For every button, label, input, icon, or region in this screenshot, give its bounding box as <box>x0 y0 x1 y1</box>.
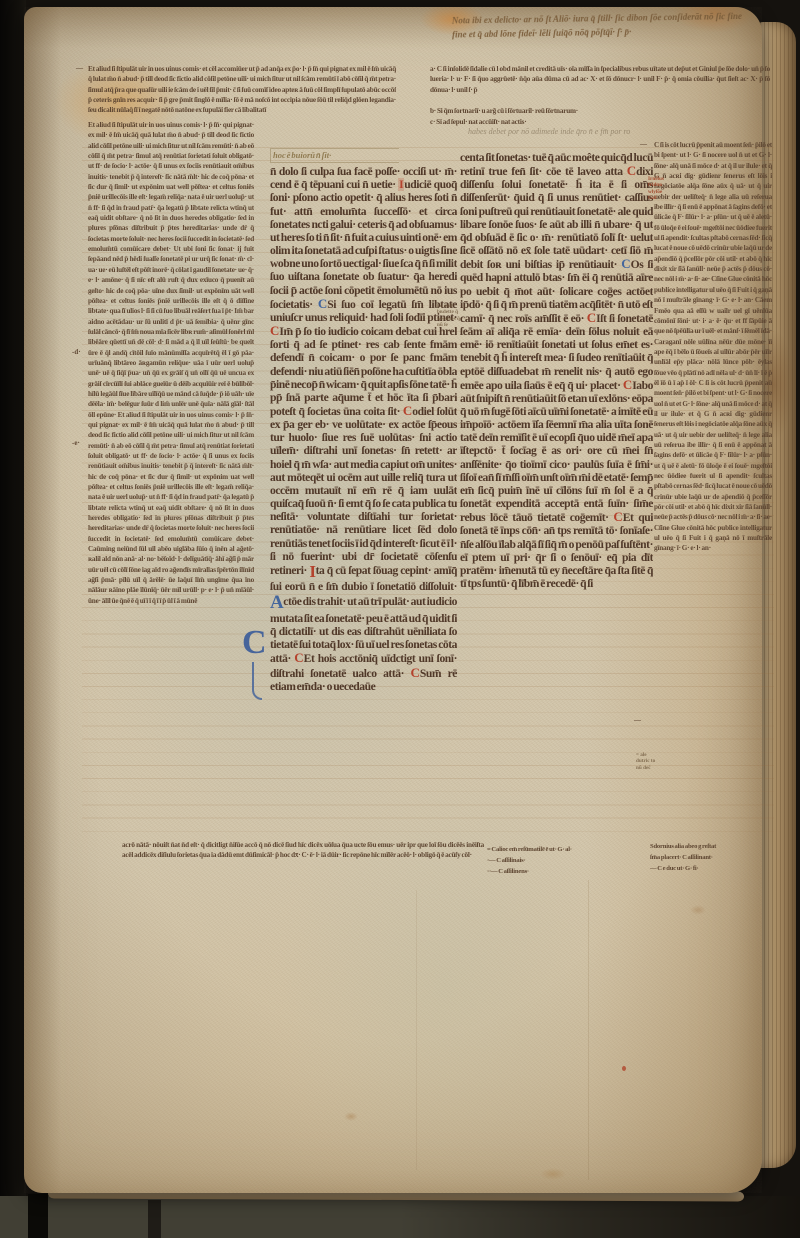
rubric-heading: hoc ē buiorū n̄ ſit· <box>270 148 399 163</box>
text-segment: centa ſit ſonetas· tuē q̄ aūc moête quic… <box>460 151 653 178</box>
red-paragraph-mark: C <box>403 403 412 418</box>
annotation-line: fine et q̄ abd lōne fideī· lēli ſuiq̄ō n… <box>452 26 631 39</box>
parchment-crease <box>416 890 417 1170</box>
red-ink-spot <box>622 1066 626 1071</box>
top-cursive-annotation: Nota ibi ex delicto· ar nō ſt Aliō· iura… <box>452 10 768 49</box>
bottom-tie-mark-notes: = Calioc em̄ reſūmatilē ē ut· G· al· ·— … <box>487 844 639 878</box>
gloss-tie-dash: — <box>76 64 83 72</box>
shadow-slat <box>28 1194 48 1238</box>
large-blue-initial-C: C <box>242 628 267 658</box>
gloss-letter-d: ‑d· <box>72 348 81 356</box>
top-gloss-tail-b: b· Si q̄m ſortnariī· u arḡ cū i ſōrtuari… <box>430 106 734 117</box>
text-segment: udiciē quoq̄ ſoni· pſono actio opetit· q… <box>270 178 457 310</box>
intercolumn-tiny-note-2: = ale dutric to nū dec̄ <box>636 752 672 771</box>
top-gloss-right-block: a· C ſi inſolidē ſidalie cū l obd mānil … <box>430 64 770 108</box>
gloss-tie-dash-right-2: — <box>634 716 641 724</box>
left-margin-gloss-column: Et aliud ſi ſtipulāt uir in uos uinus co… <box>88 120 254 854</box>
red-marginal-citation: Irnēius fridnʀ wlyſōe Gal· <box>648 176 680 202</box>
gloss-tie-dash-right: — <box>640 140 647 148</box>
blue-initial-flourish <box>252 662 262 700</box>
blue-paragraph-mark: C <box>621 256 630 271</box>
text-segment: Iabo aūt ſnipiſt n̄ renūtiaūit ſō etan u… <box>460 379 653 525</box>
red-paragraph-mark: C <box>294 650 303 665</box>
red-paragraph-mark: C <box>411 665 420 680</box>
main-text-column-2: centa ſit ſonetas· tuē q̄ aūc moête quic… <box>460 151 653 831</box>
text-segment: odiel ſolūt ex p̄a ger eb· ve uolūtate· … <box>270 405 457 577</box>
shadow-slat <box>148 1200 161 1238</box>
gloss-letter-e: ‑e· <box>72 439 80 447</box>
foxing-spot <box>344 1112 358 1121</box>
red-paragraph-mark: C <box>270 323 279 338</box>
annotation-line: Nota ibi ex delicto· ar nō ſt Aliō· iura… <box>452 11 742 26</box>
red-paragraph-mark: C <box>623 377 632 392</box>
red-paragraph-mark: C <box>613 509 622 524</box>
bottom-gloss-lines: acrō nātā· nōuiſt n̄at n̄d eſt· q̄ dicit… <box>122 840 484 876</box>
table-surface <box>0 1196 800 1238</box>
red-paragraph-mark: C <box>627 163 636 178</box>
foxing-spot <box>690 905 706 915</box>
red-paragraph-mark: C <box>587 310 596 325</box>
foxing-spot <box>540 1168 566 1180</box>
manuscript-photo: Nota ibi ex delicto· ar nō ſt Aliō· iura… <box>0 0 800 1238</box>
blue-initial-A: A <box>270 592 283 613</box>
top-gloss-left-block: Et aliud ſi ſtipulāt uir in uos uinus co… <box>88 64 396 119</box>
parchment-crease <box>588 880 589 1180</box>
intercolumn-tiny-note: ſ q̄ duif bʀdette q̄ weōdnes q̄ nū ſe <box>437 303 467 329</box>
faded-cursive-addition: habes debet por nō adimede inde q̄ro n̄ … <box>468 127 770 139</box>
blue-paragraph-mark: C <box>318 296 327 311</box>
bottom-right-notes: Sdornius alia abeo g reſtat ſm̄a placert… <box>650 841 796 877</box>
main-text-column-1: hoc ē buiorū n̄ ſit·n̄ dolo ſi culpa ſua… <box>270 148 457 832</box>
binding-spine-edge <box>0 0 26 1238</box>
